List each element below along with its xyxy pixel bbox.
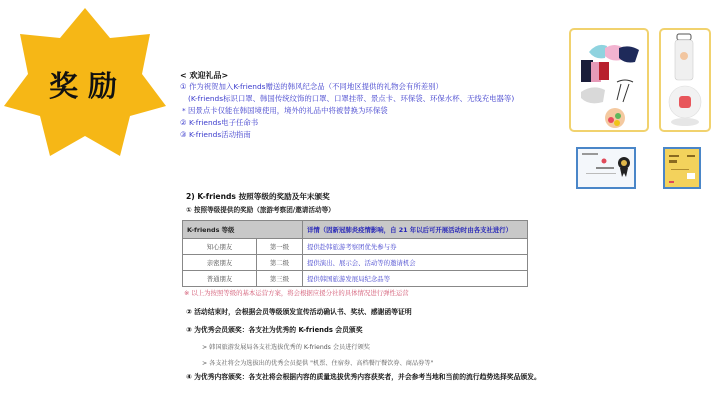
tumbler-illustration-icon — [661, 30, 709, 130]
gift-line-appointment: ② K-friends电子任命书 — [180, 118, 570, 130]
operation-note: ※ 以上为按照等级的基本运营方案，将会根据应援分社的具体情况进行弹性运营 — [184, 288, 409, 297]
header-level: K-friends 等级 — [183, 221, 303, 239]
bullet-award-2: > 各支社将会为选拔出的优秀会员提供 "机票、住宿券、高档餐厅餐饮券、商品券等" — [202, 358, 433, 367]
level-desc: 提供韩国旅游发展局纪念品等 — [303, 271, 528, 287]
table-row: 普通朋友 第三级 提供韩国旅游发展局纪念品等 — [183, 271, 528, 287]
gift-line-guide: ③ K-friends活动指南 — [180, 130, 570, 142]
levels-table: K-friends 等级 详情（因新冠肺炎疫情影响，自 21 年以后可开展活动时… — [182, 220, 528, 287]
activity-guide-image — [663, 147, 701, 189]
item-certificates: ② 活动结束时，会根据会员等级颁发宣传活动确认书、奖状、感谢函等证明 — [186, 306, 412, 316]
level-desc: 提供赴韩旅游考察团优先参与券 — [303, 239, 528, 255]
section-2-title: 2) K-friends 按照等级的奖励及年末颁奖 — [186, 190, 546, 204]
welcome-gifts-section: < 欢迎礼品> ① 作为祝贺加入K-friends赠送的韩风纪念品（不同地区提供… — [180, 70, 570, 142]
bullet-award-1: > 韩国旅游发展局各支社选拔优秀的 K-friends 会员进行颁奖 — [202, 342, 370, 351]
table-row: 知心朋友 第一级 提供赴韩旅游考察团优先参与券 — [183, 239, 528, 255]
level-name: 普通朋友 — [183, 271, 257, 287]
section-2-header: 2) K-friends 按照等级的奖励及年末颁奖 ① 按照等级提供的奖励（旅游… — [186, 190, 546, 216]
certificate-icon — [578, 149, 634, 187]
header-detail: 详情（因新冠肺炎疫情影响，自 21 年以后可开展活动时由各支社进行） — [303, 221, 528, 239]
item-content-award: ④ 为优秀内容颁奖：各支社将会根据内容的质量选拔优秀内容获奖者，并会参考当地和当… — [186, 370, 546, 385]
gift-line-1: ① 作为祝贺加入K-friends赠送的韩风纪念品（不同地区提供的礼物会有所差别… — [180, 82, 570, 94]
masks-gift-image — [569, 28, 649, 132]
level-name: 知心朋友 — [183, 239, 257, 255]
masks-illustration-icon — [571, 30, 647, 130]
tumbler-charger-image — [659, 28, 711, 132]
level-rank: 第一级 — [257, 239, 303, 255]
badge-label: 奖励 — [2, 64, 168, 105]
section-2-subtitle: ① 按照等级提供的奖励（旅游考察团/邀请活动等） — [186, 204, 546, 216]
table-header-row: K-friends 等级 详情（因新冠肺炎疫情影响，自 21 年以后可开展活动时… — [183, 221, 528, 239]
item-member-award: ③ 为优秀会员颁奖：各支社为优秀的 K-friends 会员颁奖 — [186, 324, 363, 334]
reward-star-badge: 奖励 — [2, 6, 168, 164]
table-row: 亲密朋友 第二级 提供演出、展示会、活动等的邀请机会 — [183, 255, 528, 271]
appointment-certificate-image — [576, 147, 636, 189]
level-rank: 第二级 — [257, 255, 303, 271]
guide-booklet-icon — [665, 149, 699, 187]
gift-note: * 因景点卡仅能在韩国境使用，境外的礼品中将被替换为环保袋 — [180, 106, 570, 118]
level-rank: 第三级 — [257, 271, 303, 287]
gift-line-2: (K-friends标识口罩、韩国传统纹饰的口罩、口罩挂带、景点卡、环保袋、环保… — [180, 94, 570, 106]
level-name: 亲密朋友 — [183, 255, 257, 271]
level-desc: 提供演出、展示会、活动等的邀请机会 — [303, 255, 528, 271]
welcome-gifts-title: < 欢迎礼品> — [180, 70, 570, 82]
